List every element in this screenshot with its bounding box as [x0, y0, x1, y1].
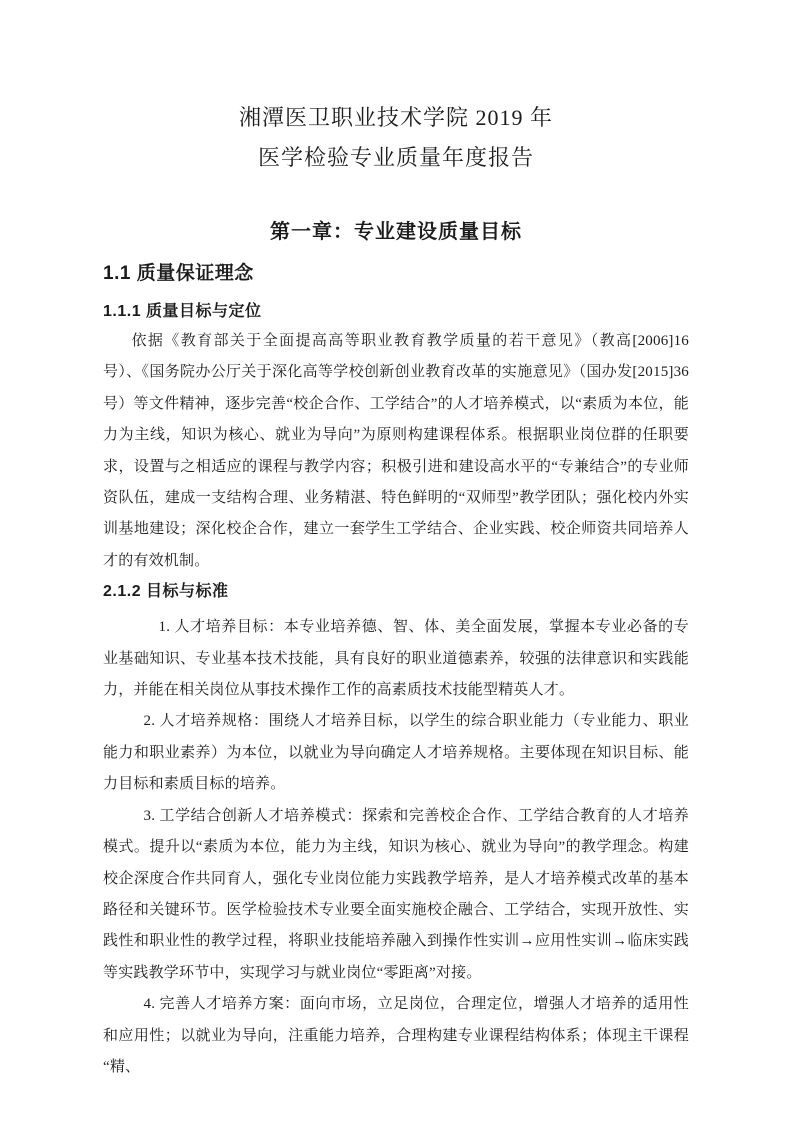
section-heading-1-1: 1.1 质量保证理念 [103, 260, 689, 287]
subsection-heading-2-1-2: 2.1.2 目标与标准 [103, 580, 689, 604]
document-page: 湘潭医卫职业技术学院 2019 年 医学检验专业质量年度报告 第一章：专业建设质… [0, 0, 793, 1122]
document-title-line2: 医学检验专业质量年度报告 [103, 138, 689, 178]
document-title-line1: 湘潭医卫职业技术学院 2019 年 [103, 98, 689, 138]
paragraph-talent-training-objective: 1. 人才培养目标：本专业培养德、智、体、美全面发展，掌握本专业必备的专业基础知… [103, 612, 689, 706]
paragraph-work-study-training-model: 3. 工学结合创新人才培养模式：探索和完善校企合作、工学结合教育的人才培养模式。… [103, 801, 689, 989]
subsection-heading-1-1-1: 1.1.1 质量目标与定位 [103, 300, 689, 324]
paragraph-talent-training-specification: 2. 人才培养规格：围绕人才培养目标，以学生的综合职业能力（专业能力、职业能力和… [103, 706, 689, 800]
paragraph-talent-training-plan: 4. 完善人才培养方案：面向市场，立足岗位，合理定位，增强人才培养的适用性和应用… [103, 989, 689, 1083]
chapter-heading: 第一章：专业建设质量目标 [103, 218, 689, 246]
document-title: 湘潭医卫职业技术学院 2019 年 医学检验专业质量年度报告 [103, 98, 689, 178]
paragraph-quality-goal-positioning: 依据《教育部关于全面提高高等职业教育教学质量的若干意见》（教高[2006]16 … [103, 326, 689, 577]
